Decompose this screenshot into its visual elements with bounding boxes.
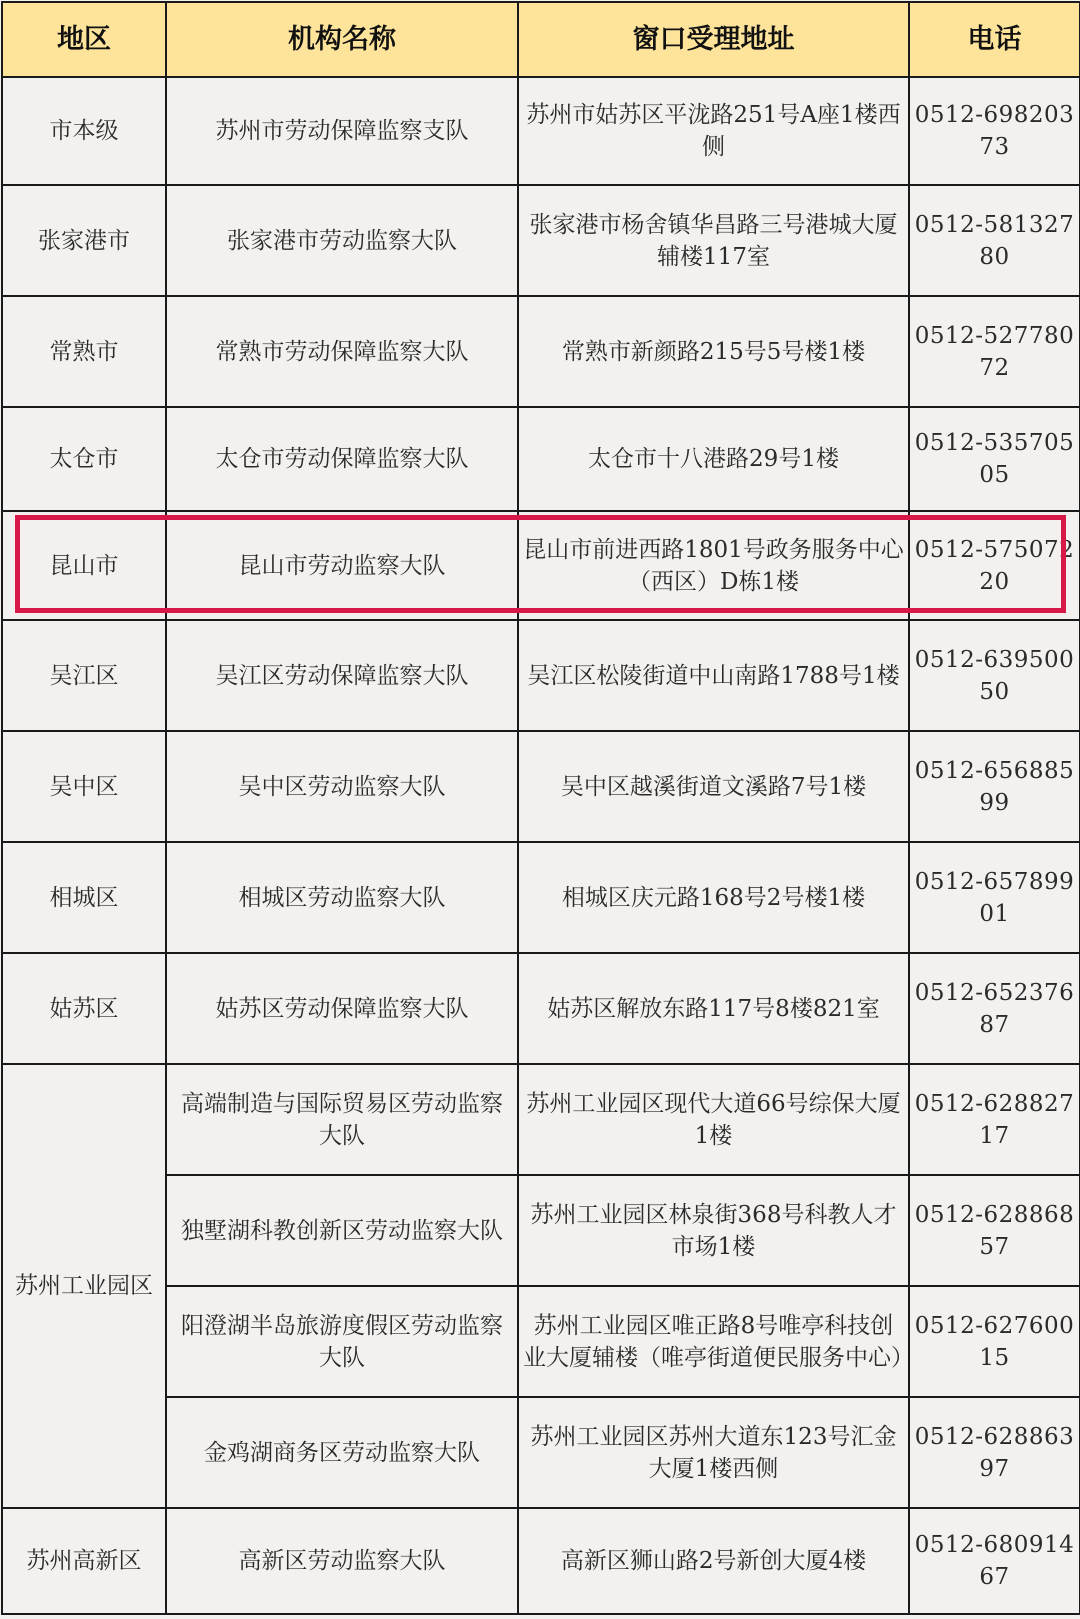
region-cell: 苏州高新区 [2,1508,166,1614]
phone-cell: 0512-63950050 [909,620,1080,731]
region-cell: 太仓市 [2,407,166,511]
org-cell: 昆山市劳动监察大队 [166,511,518,620]
org-cell: 太仓市劳动保障监察大队 [166,407,518,511]
table-row: 吴中区 吴中区劳动监察大队 吴中区越溪街道文溪路7号1楼 0512-656885… [2,731,1080,842]
region-cell: 吴中区 [2,731,166,842]
address-cell: 相城区庆元路168号2号楼1楼 [518,842,909,953]
table-row: 姑苏区 姑苏区劳动保障监察大队 姑苏区解放东路117号8楼821室 0512-6… [2,953,1080,1064]
address-cell: 昆山市前进西路1801号政务服务中心（西区）D栋1楼 [518,511,909,620]
address-cell: 苏州市姑苏区平泷路251号A座1楼西侧 [518,77,909,185]
org-cell: 吴中区劳动监察大队 [166,731,518,842]
address-cell: 常熟市新颜路215号5号楼1楼 [518,296,909,407]
phone-cell: 0512-62886857 [909,1175,1080,1286]
address-cell: 苏州工业园区现代大道66号综保大厦1楼 [518,1064,909,1175]
table-row: 张家港市 张家港市劳动监察大队 张家港市杨舍镇华昌路三号港城大厦辅楼117室 0… [2,185,1080,296]
region-cell: 吴江区 [2,620,166,731]
phone-cell: 0512-68091467 [909,1508,1080,1614]
phone-cell: 0512-62882717 [909,1064,1080,1175]
org-cell: 高端制造与国际贸易区劳动监察大队 [166,1064,518,1175]
address-cell: 苏州工业园区苏州大道东123号汇金大厦1楼西侧 [518,1397,909,1508]
region-cell: 相城区 [2,842,166,953]
table-row: 苏州高新区 高新区劳动监察大队 高新区狮山路2号新创大厦4楼 0512-6809… [2,1508,1080,1614]
region-cell: 市本级 [2,77,166,185]
phone-cell: 0512-62886397 [909,1397,1080,1508]
region-cell: 姑苏区 [2,953,166,1064]
table-header-row: 地区 机构名称 窗口受理地址 电话 [2,2,1080,77]
region-cell-merged: 苏州工业园区 [2,1064,166,1508]
table-row: 常熟市 常熟市劳动保障监察大队 常熟市新颜路215号5号楼1楼 0512-527… [2,296,1080,407]
address-cell: 苏州工业园区唯正路8号唯亭科技创业大厦辅楼（唯亭街道便民服务中心） [518,1286,909,1397]
org-cell: 相城区劳动监察大队 [166,842,518,953]
table-row: 太仓市 太仓市劳动保障监察大队 太仓市十八港路29号1楼 0512-535705… [2,407,1080,511]
org-cell: 阳澄湖半岛旅游度假区劳动监察大队 [166,1286,518,1397]
phone-cell: 0512-53570505 [909,407,1080,511]
address-cell: 吴江区松陵街道中山南路1788号1楼 [518,620,909,731]
org-cell: 张家港市劳动监察大队 [166,185,518,296]
table-row: 相城区 相城区劳动监察大队 相城区庆元路168号2号楼1楼 0512-65789… [2,842,1080,953]
table-row-highlighted: 昆山市 昆山市劳动监察大队 昆山市前进西路1801号政务服务中心（西区）D栋1楼… [2,511,1080,620]
phone-cell: 0512-65789901 [909,842,1080,953]
header-region: 地区 [2,2,166,77]
table-row: 市本级 苏州市劳动保障监察支队 苏州市姑苏区平泷路251号A座1楼西侧 0512… [2,77,1080,185]
phone-cell: 0512-58132780 [909,185,1080,296]
table-row: 吴江区 吴江区劳动保障监察大队 吴江区松陵街道中山南路1788号1楼 0512-… [2,620,1080,731]
address-cell: 姑苏区解放东路117号8楼821室 [518,953,909,1064]
org-cell: 金鸡湖商务区劳动监察大队 [166,1397,518,1508]
header-phone: 电话 [909,2,1080,77]
org-cell: 高新区劳动监察大队 [166,1508,518,1614]
address-cell: 张家港市杨舍镇华昌路三号港城大厦辅楼117室 [518,185,909,296]
org-cell: 常熟市劳动保障监察大队 [166,296,518,407]
phone-cell: 0512-52778072 [909,296,1080,407]
region-cell: 常熟市 [2,296,166,407]
region-cell: 张家港市 [2,185,166,296]
phone-cell: 0512-57507220 [909,511,1080,620]
org-cell: 独墅湖科教创新区劳动监察大队 [166,1175,518,1286]
address-cell: 高新区狮山路2号新创大厦4楼 [518,1508,909,1614]
region-cell: 昆山市 [2,511,166,620]
org-cell: 吴江区劳动保障监察大队 [166,620,518,731]
address-cell: 苏州工业园区林泉街368号科教人才市场1楼 [518,1175,909,1286]
header-address: 窗口受理地址 [518,2,909,77]
address-cell: 太仓市十八港路29号1楼 [518,407,909,511]
org-cell: 苏州市劳动保障监察支队 [166,77,518,185]
phone-cell: 0512-69820373 [909,77,1080,185]
address-cell: 吴中区越溪街道文溪路7号1楼 [518,731,909,842]
table-row: 苏州工业园区 高端制造与国际贸易区劳动监察大队 苏州工业园区现代大道66号综保大… [2,1064,1080,1175]
phone-cell: 0512-62760015 [909,1286,1080,1397]
labor-inspection-contact-table: 地区 机构名称 窗口受理地址 电话 市本级 苏州市劳动保障监察支队 苏州市姑苏区… [1,1,1080,1615]
header-org-name: 机构名称 [166,2,518,77]
phone-cell: 0512-65688599 [909,731,1080,842]
org-cell: 姑苏区劳动保障监察大队 [166,953,518,1064]
phone-cell: 0512-65237687 [909,953,1080,1064]
